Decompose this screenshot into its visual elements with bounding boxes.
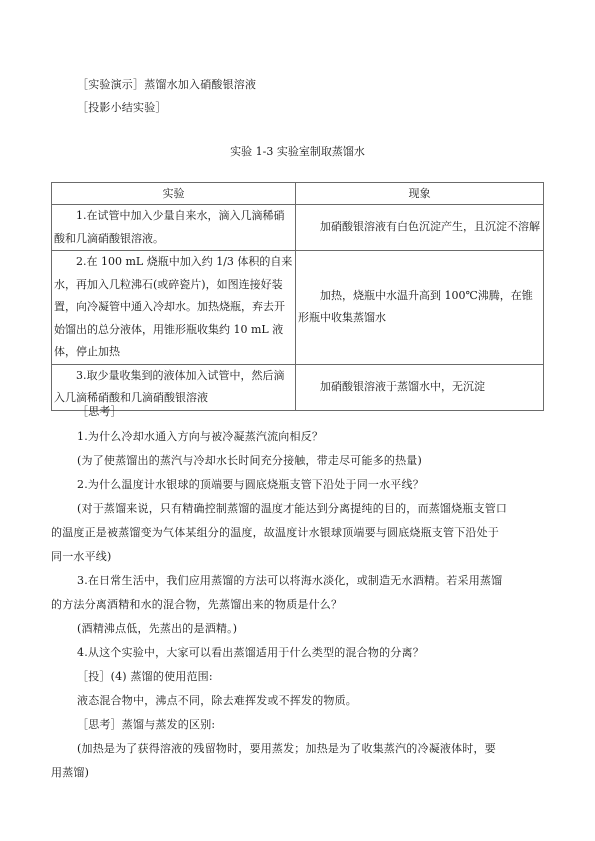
think-heading-2: ［思考］蒸馏与蒸发的区别: <box>77 718 215 732</box>
experiment-cell: 1.在试管中加入少量自来水，滴入几滴稀硝酸和几滴硝酸银溶液。 <box>52 205 296 251</box>
question-2: 2.为什么温度计水银球的顶端要与圆底烧瓶支管下沿处于同一水平线？ <box>77 478 424 492</box>
table-caption: 实验 1-3 实验室制取蒸馏水 <box>0 145 595 159</box>
column-header-phenomenon: 现象 <box>296 183 544 205</box>
projection-heading: ［投影小结实验］ <box>77 101 167 115</box>
answer-5-line-1: (加热是为了获得溶液的残留物时，要用蒸发；加热是为了收集蒸汽的冷凝液体时，要 <box>77 742 496 756</box>
question-3-line-2: 的方法分离酒精和水的混合物，先蒸馏出来的物质是什么？ <box>51 598 342 612</box>
experiment-cell: 2.在 100 mL 烧瓶中加入约 1/3 体积的自来水，再加入几粒沸石(或碎瓷… <box>52 251 296 365</box>
table-row: 2.在 100 mL 烧瓶中加入约 1/3 体积的自来水，再加入几粒沸石(或碎瓷… <box>52 251 544 365</box>
answer-3: (酒精沸点低，先蒸出的是酒精。) <box>77 622 237 636</box>
answer-2-line-1: (对于蒸馏来说，只有精确控制蒸馏的温度才能达到分离提纯的目的，而蒸馏烧瓶支管口 <box>77 502 507 516</box>
experiment-table: 实验 现象 1.在试管中加入少量自来水，滴入几滴稀硝酸和几滴硝酸银溶液。 加硝酸… <box>51 182 544 411</box>
phenomenon-cell: 加硝酸银溶液有白色沉淀产生，且沉淀不溶解 <box>296 205 544 251</box>
answer-5-line-2: 用蒸馏) <box>51 766 89 780</box>
projection-4: ［投］(4) 蒸馏的使用范围: <box>77 670 213 684</box>
experiment-cell: 3.取少量收集到的液体加入试管中，然后滴入几滴稀硝酸和几滴硝酸银溶液 <box>52 364 296 410</box>
answer-1: (为了使蒸馏出的蒸汽与冷却水长时间充分接触，带走尽可能多的热量) <box>77 454 422 468</box>
question-1: 1.为什么冷却水通入方向与被冷凝蒸汽流向相反？ <box>77 430 323 444</box>
phenomenon-cell: 加硝酸银溶液于蒸馏水中，无沉淀 <box>296 364 544 410</box>
table-header-row: 实验 现象 <box>52 183 544 205</box>
answer-2-line-2: 的温度正是被蒸馏变为气体某组分的温度，故温度计水银球顶端要与圆底烧瓶支管下沿处于 <box>51 526 499 540</box>
table-row: 3.取少量收集到的液体加入试管中，然后滴入几滴稀硝酸和几滴硝酸银溶液 加硝酸银溶… <box>52 364 544 410</box>
column-header-experiment: 实验 <box>52 183 296 205</box>
think-label: ［思考］ <box>77 405 122 419</box>
question-4: 4.从这个实验中，大家可以看出蒸馏适用于什么类型的混合物的分离？ <box>77 646 424 660</box>
phenomenon-cell: 加热，烧瓶中水温升高到 100℃沸腾，在锥形瓶中收集蒸馏水 <box>296 251 544 365</box>
question-3-line-1: 3.在日常生活中，我们应用蒸馏的方法可以将海水淡化，或制造无水酒精。若采用蒸馏 <box>77 574 502 588</box>
distillation-scope: 液态混合物中，沸点不同，除去难挥发或不挥发的物质。 <box>77 694 357 708</box>
answer-2-line-3: 同一水平线) <box>51 550 112 564</box>
demo-heading: ［实验演示］蒸馏水加入硝酸银溶液 <box>77 78 256 92</box>
table-row: 1.在试管中加入少量自来水，滴入几滴稀硝酸和几滴硝酸银溶液。 加硝酸银溶液有白色… <box>52 205 544 251</box>
